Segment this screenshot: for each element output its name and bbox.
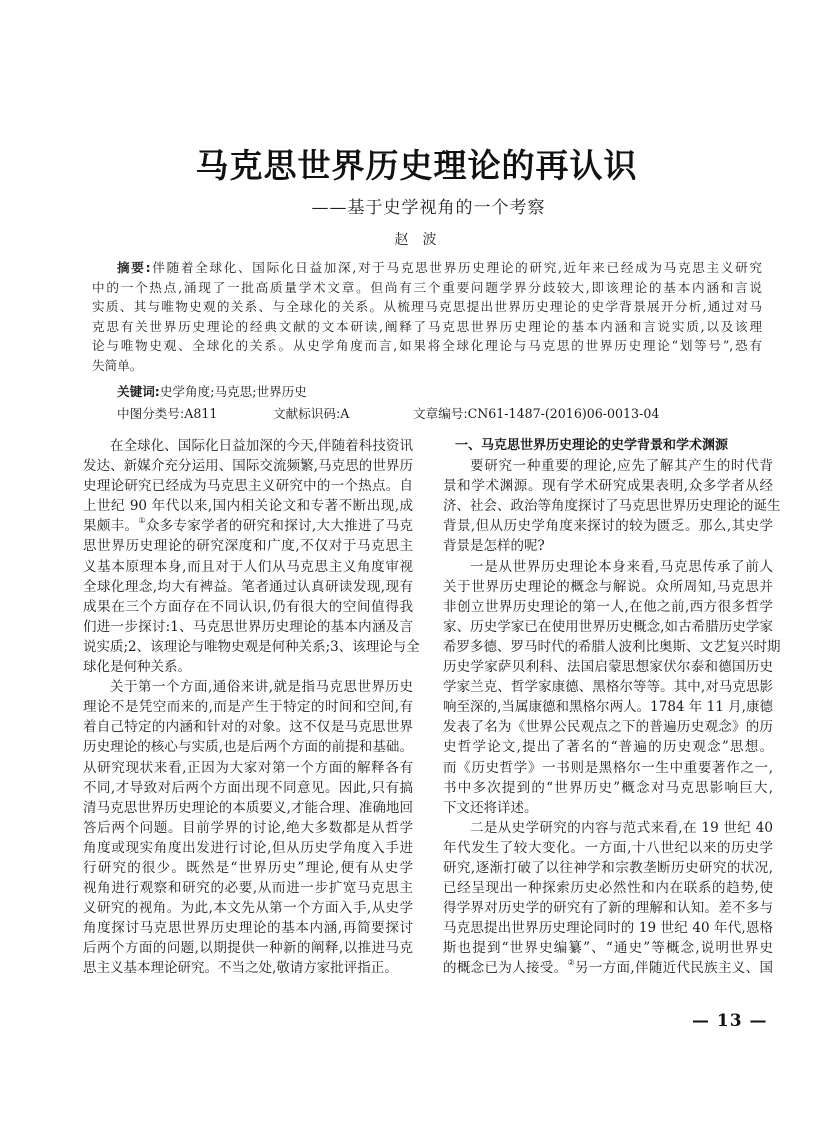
- body-line: 球化是何种关系。: [83, 657, 413, 677]
- body-line: 历史理论的核心与实质,也是后两个方面的前提和基础。: [83, 737, 413, 757]
- body-text: 非创立世界历史理论的第一人,在他之前,西方很多哲学: [443, 599, 773, 615]
- body-line: 义研究的视角。为此,本文先从第一个方面入手,从史学: [83, 898, 413, 918]
- body-line: 响至深的,当属康德和黑格尔两人。1784 年 11 月,康德: [443, 697, 773, 717]
- doc-code-label: 文献标识码:: [273, 406, 340, 421]
- body-text: 而《历史哲学》一书则是黑格尔一生中重要著作之一,: [443, 760, 773, 776]
- body-text: 家、历史学家已在使用世界历史概念,如古希腊历史学家: [443, 619, 773, 635]
- body-text: 不同,才导致对后两个方面出现不同意见。因此,只有搞: [83, 780, 413, 796]
- footnote-marker[interactable]: ②: [568, 958, 576, 967]
- body-line: 研究,逐渐打破了以往神学和宗教垄断历史研究的状况,: [443, 858, 773, 878]
- article-no-value: CN61-1487-(2016)06-0013-04: [468, 406, 660, 421]
- body-text: 得学界对历史学的研究有了新的理解和认知。差不多与: [443, 900, 773, 916]
- body-line: 角度或现实角度出发进行讨论,但从历史学角度入手进: [83, 838, 413, 858]
- body-text: 义研究的视角。为此,本文先从第一个方面入手,从史学: [83, 900, 413, 916]
- body-text: 们进一步探讨:1、马克思世界历史理论的基本内涵及言: [83, 619, 413, 635]
- body-text: 另一方面,伴随近代民族主义、国: [575, 960, 773, 976]
- abstract-label: 摘要:: [117, 260, 151, 275]
- body-line: 史哲学论文,提出了著名的“普遍的历史观念”思想。: [443, 737, 773, 757]
- body-text: 成果在三个方面存在不同认识,仍有很大的空间值得我: [83, 599, 413, 615]
- article-author: 赵波: [0, 229, 833, 249]
- abstract-text: 论与唯物史观、全球化的关系。从史学角度而言,如果将全球化理论与马克思的世界历史理…: [92, 338, 762, 353]
- body-line: 希罗多德、罗马时代的希腊人波利比奥斯、文艺复兴时期: [443, 637, 773, 657]
- body-text: 义基本原理本身,而且对于人们从马克思主义角度审视: [83, 559, 413, 575]
- body-line: 的概念已为人接受。②另一方面,伴随近代民族主义、国: [443, 958, 773, 978]
- body-line: 从研究现状来看,正因为大家对第一个方面的解释各有: [83, 758, 413, 778]
- body-text: 历史学家萨贝利科、法国启蒙思想家伏尔泰和德国历史: [443, 659, 773, 675]
- abstract-line: 失简单。: [92, 356, 762, 376]
- body-line: 说实质;2、该理论与唯物史观是何种关系;3、该理论与全: [83, 637, 413, 657]
- body-line: 一是从世界历史理论本身来看,马克思传承了前人: [443, 557, 773, 577]
- body-line: 着自己特定的内涵和针对的对象。这不仅是马克思世界: [83, 717, 413, 737]
- body-text: 果颇丰。: [83, 518, 138, 534]
- body-line: 理论不是凭空而来的,而是产生于特定的时间和空间,有: [83, 697, 413, 717]
- body-text: 关于第一个方面,通俗来讲,就是指马克思世界历史: [110, 679, 413, 695]
- body-line: 史理论研究已经成为马克思主义研究中的一个热点。自: [83, 476, 413, 496]
- body-text: 年代发生了较大变化。一方面,十八世纪以来的历史学: [443, 840, 773, 856]
- abstract-line: 实质、其与唯物史观的关系、与全球化的关系。从梳理马克思提出世界历史理论的史学背景…: [92, 297, 762, 317]
- body-line: 要研究一种重要的理论,应先了解其产生的时代背: [443, 456, 773, 476]
- body-text: 后两个方面的问题,以期提供一种新的阐释,以推进马克: [83, 940, 413, 956]
- body-text: 从研究现状来看,正因为大家对第一个方面的解释各有: [83, 760, 413, 776]
- body-text: 史理论研究已经成为马克思主义研究中的一个热点。自: [83, 478, 413, 494]
- body-line: 角度探讨马克思世界历史理论的基本内涵,再简要探讨: [83, 918, 413, 938]
- abstract-text: 失简单。: [92, 358, 142, 373]
- abstract-text: 中的一个热点,涌现了一批高质量学术文章。但尚有三个重要问题学界分歧较大,即该理论…: [92, 280, 762, 295]
- body-line: 全球化理念,均大有裨益。笔者通过认真研读发现,现有: [83, 577, 413, 597]
- body-text: 发达、新媒介充分运用、国际交流频繁,马克思的世界历: [83, 458, 413, 474]
- article-no-label: 文章编号:: [413, 406, 468, 421]
- body-text: 球化是何种关系。: [83, 659, 191, 675]
- article-title: 马克思世界历史理论的再认识: [0, 140, 833, 187]
- abstract: 摘要:伴随着全球化、国际化日益加深,对于马克思世界历史理论的研究,近年来已经成为…: [92, 258, 762, 376]
- clc-label: 中图分类号:: [117, 406, 184, 421]
- body-text: 已经呈现出一种探索历史必然性和内在联系的趋势,使: [443, 880, 773, 896]
- body-line: 关于世界历史理论的概念与解说。众所周知,马克思并: [443, 577, 773, 597]
- body-text: 角度探讨马克思世界历史理论的基本内涵,再简要探讨: [83, 920, 413, 936]
- abstract-line: 论与唯物史观、全球化的关系。从史学角度而言,如果将全球化理论与马克思的世界历史理…: [92, 336, 762, 356]
- body-line: 思主义基本理论研究。不当之处,敬请方家批评指正。: [83, 958, 413, 978]
- left-column: 在全球化、国际化日益加深的今天,伴随着科技资讯发达、新媒介充分运用、国际交流频繁…: [83, 436, 413, 979]
- body-line: 发达、新媒介充分运用、国际交流频繁,马克思的世界历: [83, 456, 413, 476]
- body-text: 景和学术渊源。现有学术研究成果表明,众多学者从经: [443, 478, 773, 494]
- body-text: 行研究的很少。既然是“世界历史”理论,便有从史学: [83, 860, 413, 876]
- body-line: 背景是怎样的呢?: [443, 536, 773, 556]
- body-text: 下文还将详述。: [443, 800, 538, 816]
- body-line: 历史学家萨贝利科、法国启蒙思想家伏尔泰和德国历史: [443, 657, 773, 677]
- body-text: 济、社会、政治等角度探讨了马克思世界历史理论的诞生: [443, 498, 781, 514]
- body-text: 一是从世界历史理论本身来看,马克思传承了前人: [470, 559, 773, 575]
- abstract-text: 伴随着全球化、国际化日益加深,对于马克思世界历史理论的研究,近年来已经成为马克思…: [151, 260, 762, 275]
- article-subtitle: ——基于史学视角的一个考察: [0, 193, 833, 218]
- body-text: 关于世界历史理论的概念与解说。众所周知,马克思并: [443, 579, 773, 595]
- body-text: 学家兰克、哲学家康德、黑格尔等等。其中,对马克思影: [443, 679, 773, 695]
- body-text: 发表了名为《世界公民观点之下的普遍历史观念》的历: [443, 719, 773, 735]
- body-text: 史哲学论文,提出了著名的“普遍的历史观念”思想。: [443, 739, 773, 755]
- body-line: 背景,但从历史学角度来探讨的较为匮乏。那么,其史学: [443, 516, 773, 536]
- footnote-marker[interactable]: ①: [138, 516, 146, 525]
- body-line: 家、历史学家已在使用世界历史概念,如古希腊历史学家: [443, 617, 773, 637]
- body-line: 济、社会、政治等角度探讨了马克思世界历史理论的诞生: [443, 496, 773, 516]
- body-text: 历史理论的核心与实质,也是后两个方面的前提和基础。: [83, 739, 413, 755]
- body-text: 马克思提出世界历史理论同时的 19 世纪 40 年代,恩格: [443, 920, 773, 936]
- body-text: 答后两个问题。目前学界的讨论,绝大多数都是从哲学: [83, 820, 413, 836]
- body-text: 响至深的,当属康德和黑格尔两人。1784 年 11 月,康德: [443, 699, 773, 715]
- body-line: 下文还将详述。: [443, 798, 773, 818]
- body-text: 思世界历史理论的研究深度和广度,不仅对于马克思主: [83, 538, 413, 554]
- body-text: 众多专家学者的研究和探讨,大大推进了马克: [146, 518, 413, 534]
- body-text: 研究,逐渐打破了以往神学和宗教垄断历史研究的状况,: [443, 860, 773, 876]
- body-text: 上世纪 90 年代以来,国内相关论文和专著不断出现,成: [83, 498, 413, 514]
- body-line: 年代发生了较大变化。一方面,十八世纪以来的历史学: [443, 838, 773, 858]
- body-text: 在全球化、国际化日益加深的今天,伴随着科技资讯: [110, 438, 413, 454]
- abstract-line: 摘要:伴随着全球化、国际化日益加深,对于马克思世界历史理论的研究,近年来已经成为…: [92, 258, 762, 278]
- abstract-line: 克思有关世界历史理论的经典文献的文本研读,阐释了马克思世界历史理论的基本内涵和言…: [92, 317, 762, 337]
- body-line: 而《历史哲学》一书则是黑格尔一生中重要著作之一,: [443, 758, 773, 778]
- body-text: 斯也提到“世界史编纂”、“通史”等概念,说明世界史: [443, 940, 773, 956]
- body-line: 学家兰克、哲学家康德、黑格尔等等。其中,对马克思影: [443, 677, 773, 697]
- body-line: 马克思提出世界历史理论同时的 19 世纪 40 年代,恩格: [443, 918, 773, 938]
- body-text: 着自己特定的内涵和针对的对象。这不仅是马克思世界: [83, 719, 413, 735]
- body-line: 斯也提到“世界史编纂”、“通史”等概念,说明世界史: [443, 938, 773, 958]
- body-line: 已经呈现出一种探索历史必然性和内在联系的趋势,使: [443, 878, 773, 898]
- body-text: 要研究一种重要的理论,应先了解其产生的时代背: [470, 458, 773, 474]
- body-text: 理论不是凭空而来的,而是产生于特定的时间和空间,有: [83, 699, 413, 715]
- keywords-label: 关键词:: [117, 384, 160, 399]
- abstract-text: 实质、其与唯物史观的关系、与全球化的关系。从梳理马克思提出世界历史理论的史学背景…: [92, 299, 762, 314]
- clc-value: A811: [184, 406, 217, 421]
- body-text: 角度或现实角度出发进行讨论,但从历史学角度入手进: [83, 840, 413, 856]
- body-line: 关于第一个方面,通俗来讲,就是指马克思世界历史: [83, 677, 413, 697]
- body-line: 义基本原理本身,而且对于人们从马克思主义角度审视: [83, 557, 413, 577]
- body-line: 果颇丰。①众多专家学者的研究和探讨,大大推进了马克: [83, 516, 413, 536]
- body-line: 景和学术渊源。现有学术研究成果表明,众多学者从经: [443, 476, 773, 496]
- body-line: 行研究的很少。既然是“世界历史”理论,便有从史学: [83, 858, 413, 878]
- body-line: 答后两个问题。目前学界的讨论,绝大多数都是从哲学: [83, 818, 413, 838]
- right-column: 一、马克思世界历史理论的史学背景和学术渊源 要研究一种重要的理论,应先了解其产生…: [443, 436, 773, 979]
- body-line: 在全球化、国际化日益加深的今天,伴随着科技资讯: [83, 436, 413, 456]
- body-text: 希罗多德、罗马时代的希腊人波利比奥斯、文艺复兴时期: [443, 639, 781, 655]
- abstract-text: 克思有关世界历史理论的经典文献的文本研读,阐释了马克思世界历史理论的基本内涵和言…: [92, 319, 762, 334]
- body-text: 说实质;2、该理论与唯物史观是何种关系;3、该理论与全: [83, 639, 420, 655]
- body-line: 非创立世界历史理论的第一人,在他之前,西方很多哲学: [443, 597, 773, 617]
- keywords: 关键词:史学角度;马克思;世界历史: [117, 381, 307, 400]
- body-line: 不同,才导致对后两个方面出现不同意见。因此,只有搞: [83, 778, 413, 798]
- body-line: 得学界对历史学的研究有了新的理解和认知。差不多与: [443, 898, 773, 918]
- body-text: 的概念已为人接受。: [443, 960, 568, 976]
- body-text: 书中多次提到的“世界历史”概念对马克思影响巨大,: [443, 780, 773, 796]
- body-text: 背景,但从历史学角度来探讨的较为匮乏。那么,其史学: [443, 518, 773, 534]
- body-line: 清马克思世界历史理论的本质要义,才能合理、准确地回: [83, 798, 413, 818]
- body-text: 视角进行观察和研究的必要,从而进一步扩宽马克思主: [83, 880, 413, 896]
- body-line: 视角进行观察和研究的必要,从而进一步扩宽马克思主: [83, 878, 413, 898]
- body-line: 二是从史学研究的内容与范式来看,在 19 世纪 40: [443, 818, 773, 838]
- body-line: 成果在三个方面存在不同认识,仍有很大的空间值得我: [83, 597, 413, 617]
- body-text: 全球化理念,均大有裨益。笔者通过认真研读发现,现有: [83, 579, 413, 595]
- body-line: 们进一步探讨:1、马克思世界历史理论的基本内涵及言: [83, 617, 413, 637]
- doc-code-value: A: [340, 406, 349, 421]
- body-line: 书中多次提到的“世界历史”概念对马克思影响巨大,: [443, 778, 773, 798]
- body-line: 上世纪 90 年代以来,国内相关论文和专著不断出现,成: [83, 496, 413, 516]
- abstract-line: 中的一个热点,涌现了一批高质量学术文章。但尚有三个重要问题学界分歧较大,即该理论…: [92, 278, 762, 298]
- section-heading: 一、马克思世界历史理论的史学背景和学术渊源: [443, 436, 773, 456]
- page-number: — 13 —: [692, 1011, 768, 1031]
- body-text: 清马克思世界历史理论的本质要义,才能合理、准确地回: [83, 800, 413, 816]
- body-line: 后两个方面的问题,以期提供一种新的阐释,以推进马克: [83, 938, 413, 958]
- body-text: 二是从史学研究的内容与范式来看,在 19 世纪 40: [470, 820, 773, 836]
- body-text: 思主义基本理论研究。不当之处,敬请方家批评指正。: [83, 960, 398, 976]
- keywords-value: 史学角度;马克思;世界历史: [160, 384, 307, 399]
- body-line: 发表了名为《世界公民观点之下的普遍历史观念》的历: [443, 717, 773, 737]
- body-text: 背景是怎样的呢?: [443, 538, 545, 554]
- body-line: 思世界历史理论的研究深度和广度,不仅对于马克思主: [83, 536, 413, 556]
